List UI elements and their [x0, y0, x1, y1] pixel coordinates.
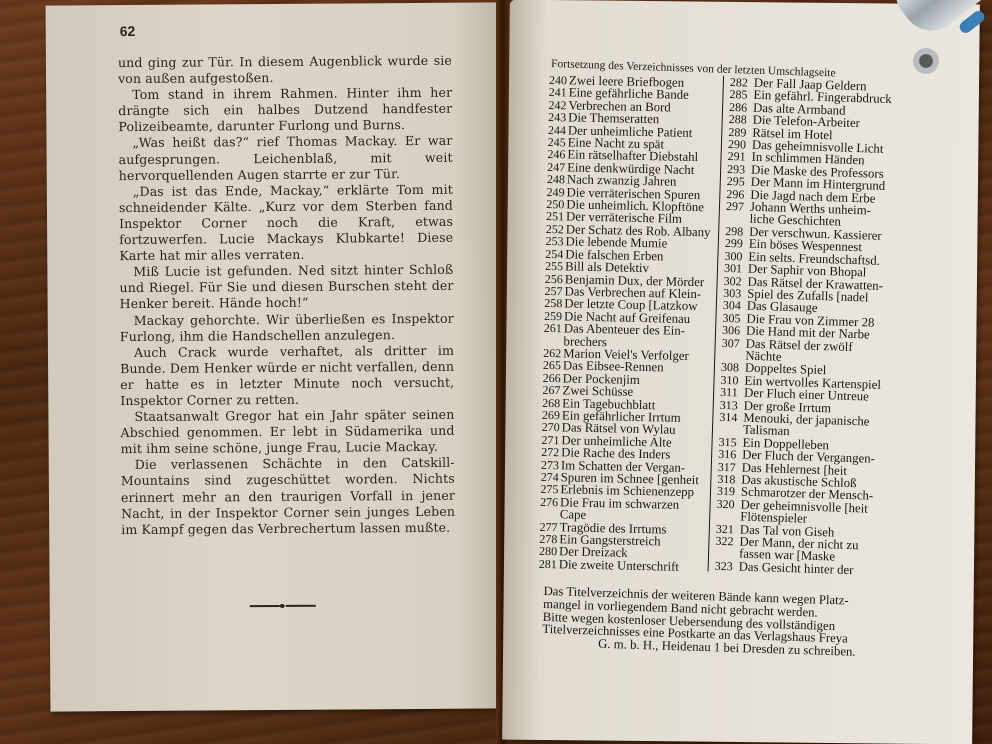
- volume-number: 314: [719, 411, 743, 424]
- volume-title: Die zweite Unterschrift: [559, 558, 679, 573]
- volume-number: 267: [542, 384, 562, 397]
- volume-number: 255: [545, 260, 565, 273]
- paragraph: Mackay gehorchte. Wir überließen es Insp…: [120, 310, 454, 345]
- right-book-page: Fortsetzung des Verzeichnisses von der l…: [502, 0, 980, 744]
- paragraph: „Das ist das Ende, Mackay,“ erklärte Tom…: [119, 181, 454, 264]
- volume-number: 297: [726, 200, 750, 213]
- catalog-left-column: 240Zwei leere Briefbogen241Eine gefährli…: [539, 74, 729, 574]
- end-ornament-icon: [250, 604, 316, 608]
- catalog-entry: 281Die zweite Unterschrift: [539, 558, 719, 574]
- left-book-page: 62 und ging zur Tür. In diesem Augenblic…: [46, 2, 503, 711]
- catalog-footer-note: Das Titelverzeichnis der weiteren Bände …: [542, 585, 914, 661]
- paragraph: Die verlassenen Schächte in den Catskill…: [121, 455, 456, 538]
- volume-number: 276: [540, 496, 560, 509]
- catalog-right-column: 282Der Fall Jaap Geldern285Ein gefährl. …: [708, 76, 920, 578]
- volume-number: 261: [544, 322, 564, 335]
- volume-number: 320: [716, 498, 740, 511]
- volume-number: 322: [715, 535, 739, 548]
- paragraph: und ging zur Tür. In diesem Augenblick w…: [118, 53, 452, 88]
- paragraph: „Was heißt das?“ rief Thomas Mackay. Er …: [118, 133, 452, 184]
- volume-title: Das Gesicht hinter der: [738, 560, 853, 576]
- paragraph: Staatsanwalt Gregor hat ein Jahr später …: [120, 407, 454, 458]
- volume-number: 281: [539, 558, 559, 571]
- paragraph: Auch Crack wurde verhaftet, als dritter …: [120, 342, 454, 409]
- story-text: und ging zur Tür. In diesem Augenblick w…: [118, 53, 455, 538]
- pen-tip-icon: [913, 48, 939, 74]
- page-number: 62: [120, 23, 136, 39]
- paragraph: Miß Lucie ist gefunden. Ned sitzt hinter…: [119, 262, 453, 313]
- volume-number: 307: [722, 336, 746, 349]
- paragraph: Tom stand in ihrem Rahmen. Hinter ihm he…: [118, 85, 452, 136]
- volume-number: 323: [715, 560, 739, 573]
